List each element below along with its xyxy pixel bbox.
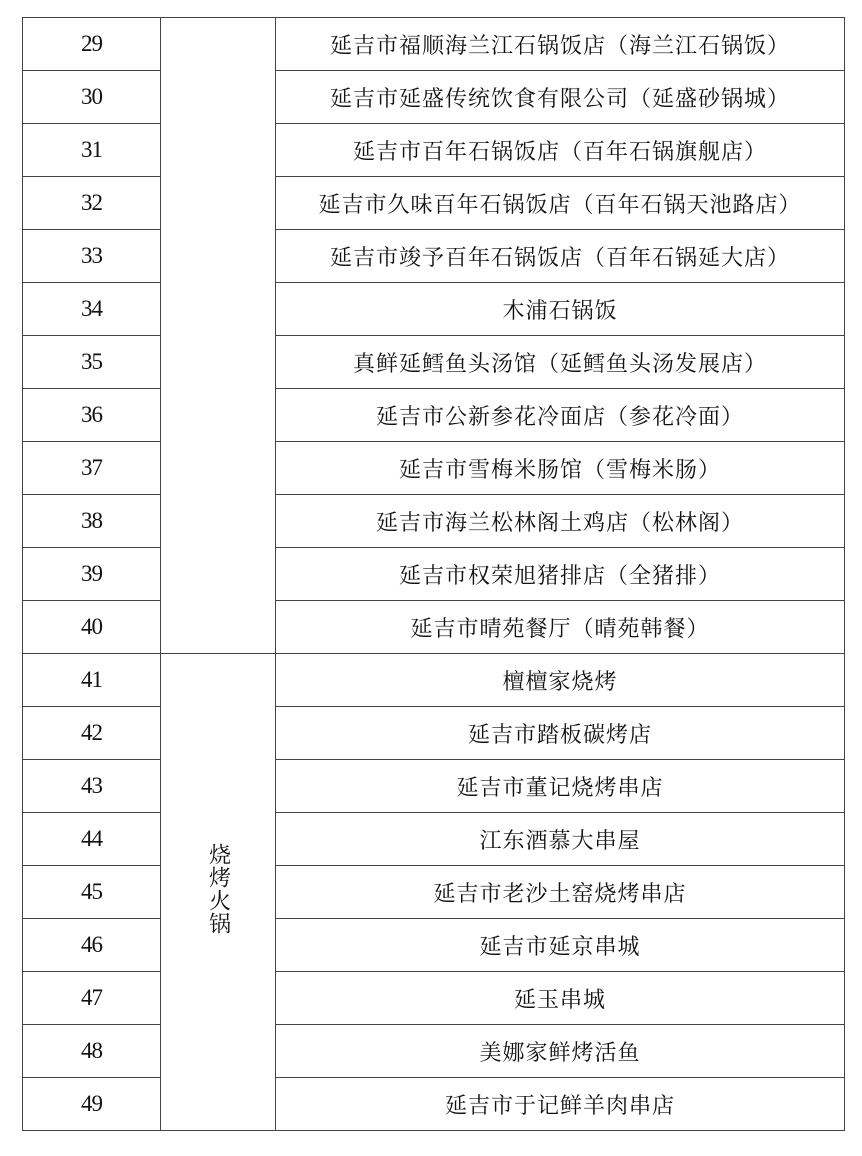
category-label: 烧烤火锅: [203, 843, 234, 935]
table-row: 48美娜家鲜烤活鱼: [23, 1025, 845, 1078]
row-number: 30: [23, 71, 161, 124]
restaurant-name: 延吉市董记烧烤串店: [276, 760, 845, 813]
table-row: 40延吉市晴苑餐厅（晴苑韩餐）: [23, 601, 845, 654]
table-row: 45延吉市老沙土窑烧烤串店: [23, 866, 845, 919]
row-number: 48: [23, 1025, 161, 1078]
row-number: 44: [23, 813, 161, 866]
restaurant-name: 延吉市延京串城: [276, 919, 845, 972]
row-number: 34: [23, 283, 161, 336]
table-row: 33延吉市竣予百年石锅饭店（百年石锅延大店）: [23, 230, 845, 283]
table-row: 39延吉市权荣旭猪排店（全猪排）: [23, 548, 845, 601]
restaurant-name: 延吉市延盛传统饮食有限公司（延盛砂锅城）: [276, 71, 845, 124]
table-row: 44江东酒慕大串屋: [23, 813, 845, 866]
table-row: 49延吉市于记鲜羊肉串店: [23, 1078, 845, 1131]
row-number: 45: [23, 866, 161, 919]
row-number: 39: [23, 548, 161, 601]
restaurant-name: 延吉市于记鲜羊肉串店: [276, 1078, 845, 1131]
table-row: 32延吉市久味百年石锅饭店（百年石锅天池路店）: [23, 177, 845, 230]
restaurant-name: 真鲜延鳕鱼头汤馆（延鳕鱼头汤发展店）: [276, 336, 845, 389]
restaurant-name: 延吉市老沙土窑烧烤串店: [276, 866, 845, 919]
table-row: 36延吉市公新参花冷面店（参花冷面）: [23, 389, 845, 442]
row-number: 31: [23, 124, 161, 177]
table-row: 47延玉串城: [23, 972, 845, 1025]
row-number: 29: [23, 18, 161, 71]
restaurant-name: 延吉市竣予百年石锅饭店（百年石锅延大店）: [276, 230, 845, 283]
table-row: 46延吉市延京串城: [23, 919, 845, 972]
restaurant-name: 延吉市雪梅米肠馆（雪梅米肠）: [276, 442, 845, 495]
row-number: 41: [23, 654, 161, 707]
row-number: 38: [23, 495, 161, 548]
restaurant-name: 美娜家鲜烤活鱼: [276, 1025, 845, 1078]
table-row: 34木浦石锅饭: [23, 283, 845, 336]
table-row: 38延吉市海兰松林阁土鸡店（松林阁）: [23, 495, 845, 548]
restaurant-name: 延吉市久味百年石锅饭店（百年石锅天池路店）: [276, 177, 845, 230]
row-number: 32: [23, 177, 161, 230]
row-number: 37: [23, 442, 161, 495]
table-row: 29 延吉市福顺海兰江石锅饭店（海兰江石锅饭）: [23, 18, 845, 71]
restaurant-name: 延吉市福顺海兰江石锅饭店（海兰江石锅饭）: [276, 18, 845, 71]
row-number: 40: [23, 601, 161, 654]
table-row: 37延吉市雪梅米肠馆（雪梅米肠）: [23, 442, 845, 495]
restaurant-name: 延吉市晴苑餐厅（晴苑韩餐）: [276, 601, 845, 654]
row-number: 49: [23, 1078, 161, 1131]
row-number: 42: [23, 707, 161, 760]
table-row: 41 烧烤火锅 檀檀家烧烤: [23, 654, 845, 707]
row-number: 36: [23, 389, 161, 442]
restaurant-name: 延吉市踏板碳烤店: [276, 707, 845, 760]
table-row: 31延吉市百年石锅饭店（百年石锅旗舰店）: [23, 124, 845, 177]
row-number: 33: [23, 230, 161, 283]
row-number: 43: [23, 760, 161, 813]
restaurant-name: 江东酒慕大串屋: [276, 813, 845, 866]
table-row: 30延吉市延盛传统饮食有限公司（延盛砂锅城）: [23, 71, 845, 124]
table-row: 43延吉市董记烧烤串店: [23, 760, 845, 813]
restaurant-list-table: 29 延吉市福顺海兰江石锅饭店（海兰江石锅饭） 30延吉市延盛传统饮食有限公司（…: [22, 17, 845, 1131]
category-cell: 烧烤火锅: [161, 654, 276, 1131]
restaurant-name: 木浦石锅饭: [276, 283, 845, 336]
restaurant-name: 延吉市权荣旭猪排店（全猪排）: [276, 548, 845, 601]
table-row: 42延吉市踏板碳烤店: [23, 707, 845, 760]
row-number: 46: [23, 919, 161, 972]
table-row: 35真鲜延鳕鱼头汤馆（延鳕鱼头汤发展店）: [23, 336, 845, 389]
restaurant-name: 延吉市海兰松林阁土鸡店（松林阁）: [276, 495, 845, 548]
restaurant-name: 延吉市公新参花冷面店（参花冷面）: [276, 389, 845, 442]
category-cell: [161, 18, 276, 654]
row-number: 47: [23, 972, 161, 1025]
restaurant-name: 延玉串城: [276, 972, 845, 1025]
restaurant-name: 延吉市百年石锅饭店（百年石锅旗舰店）: [276, 124, 845, 177]
restaurant-name: 檀檀家烧烤: [276, 654, 845, 707]
row-number: 35: [23, 336, 161, 389]
